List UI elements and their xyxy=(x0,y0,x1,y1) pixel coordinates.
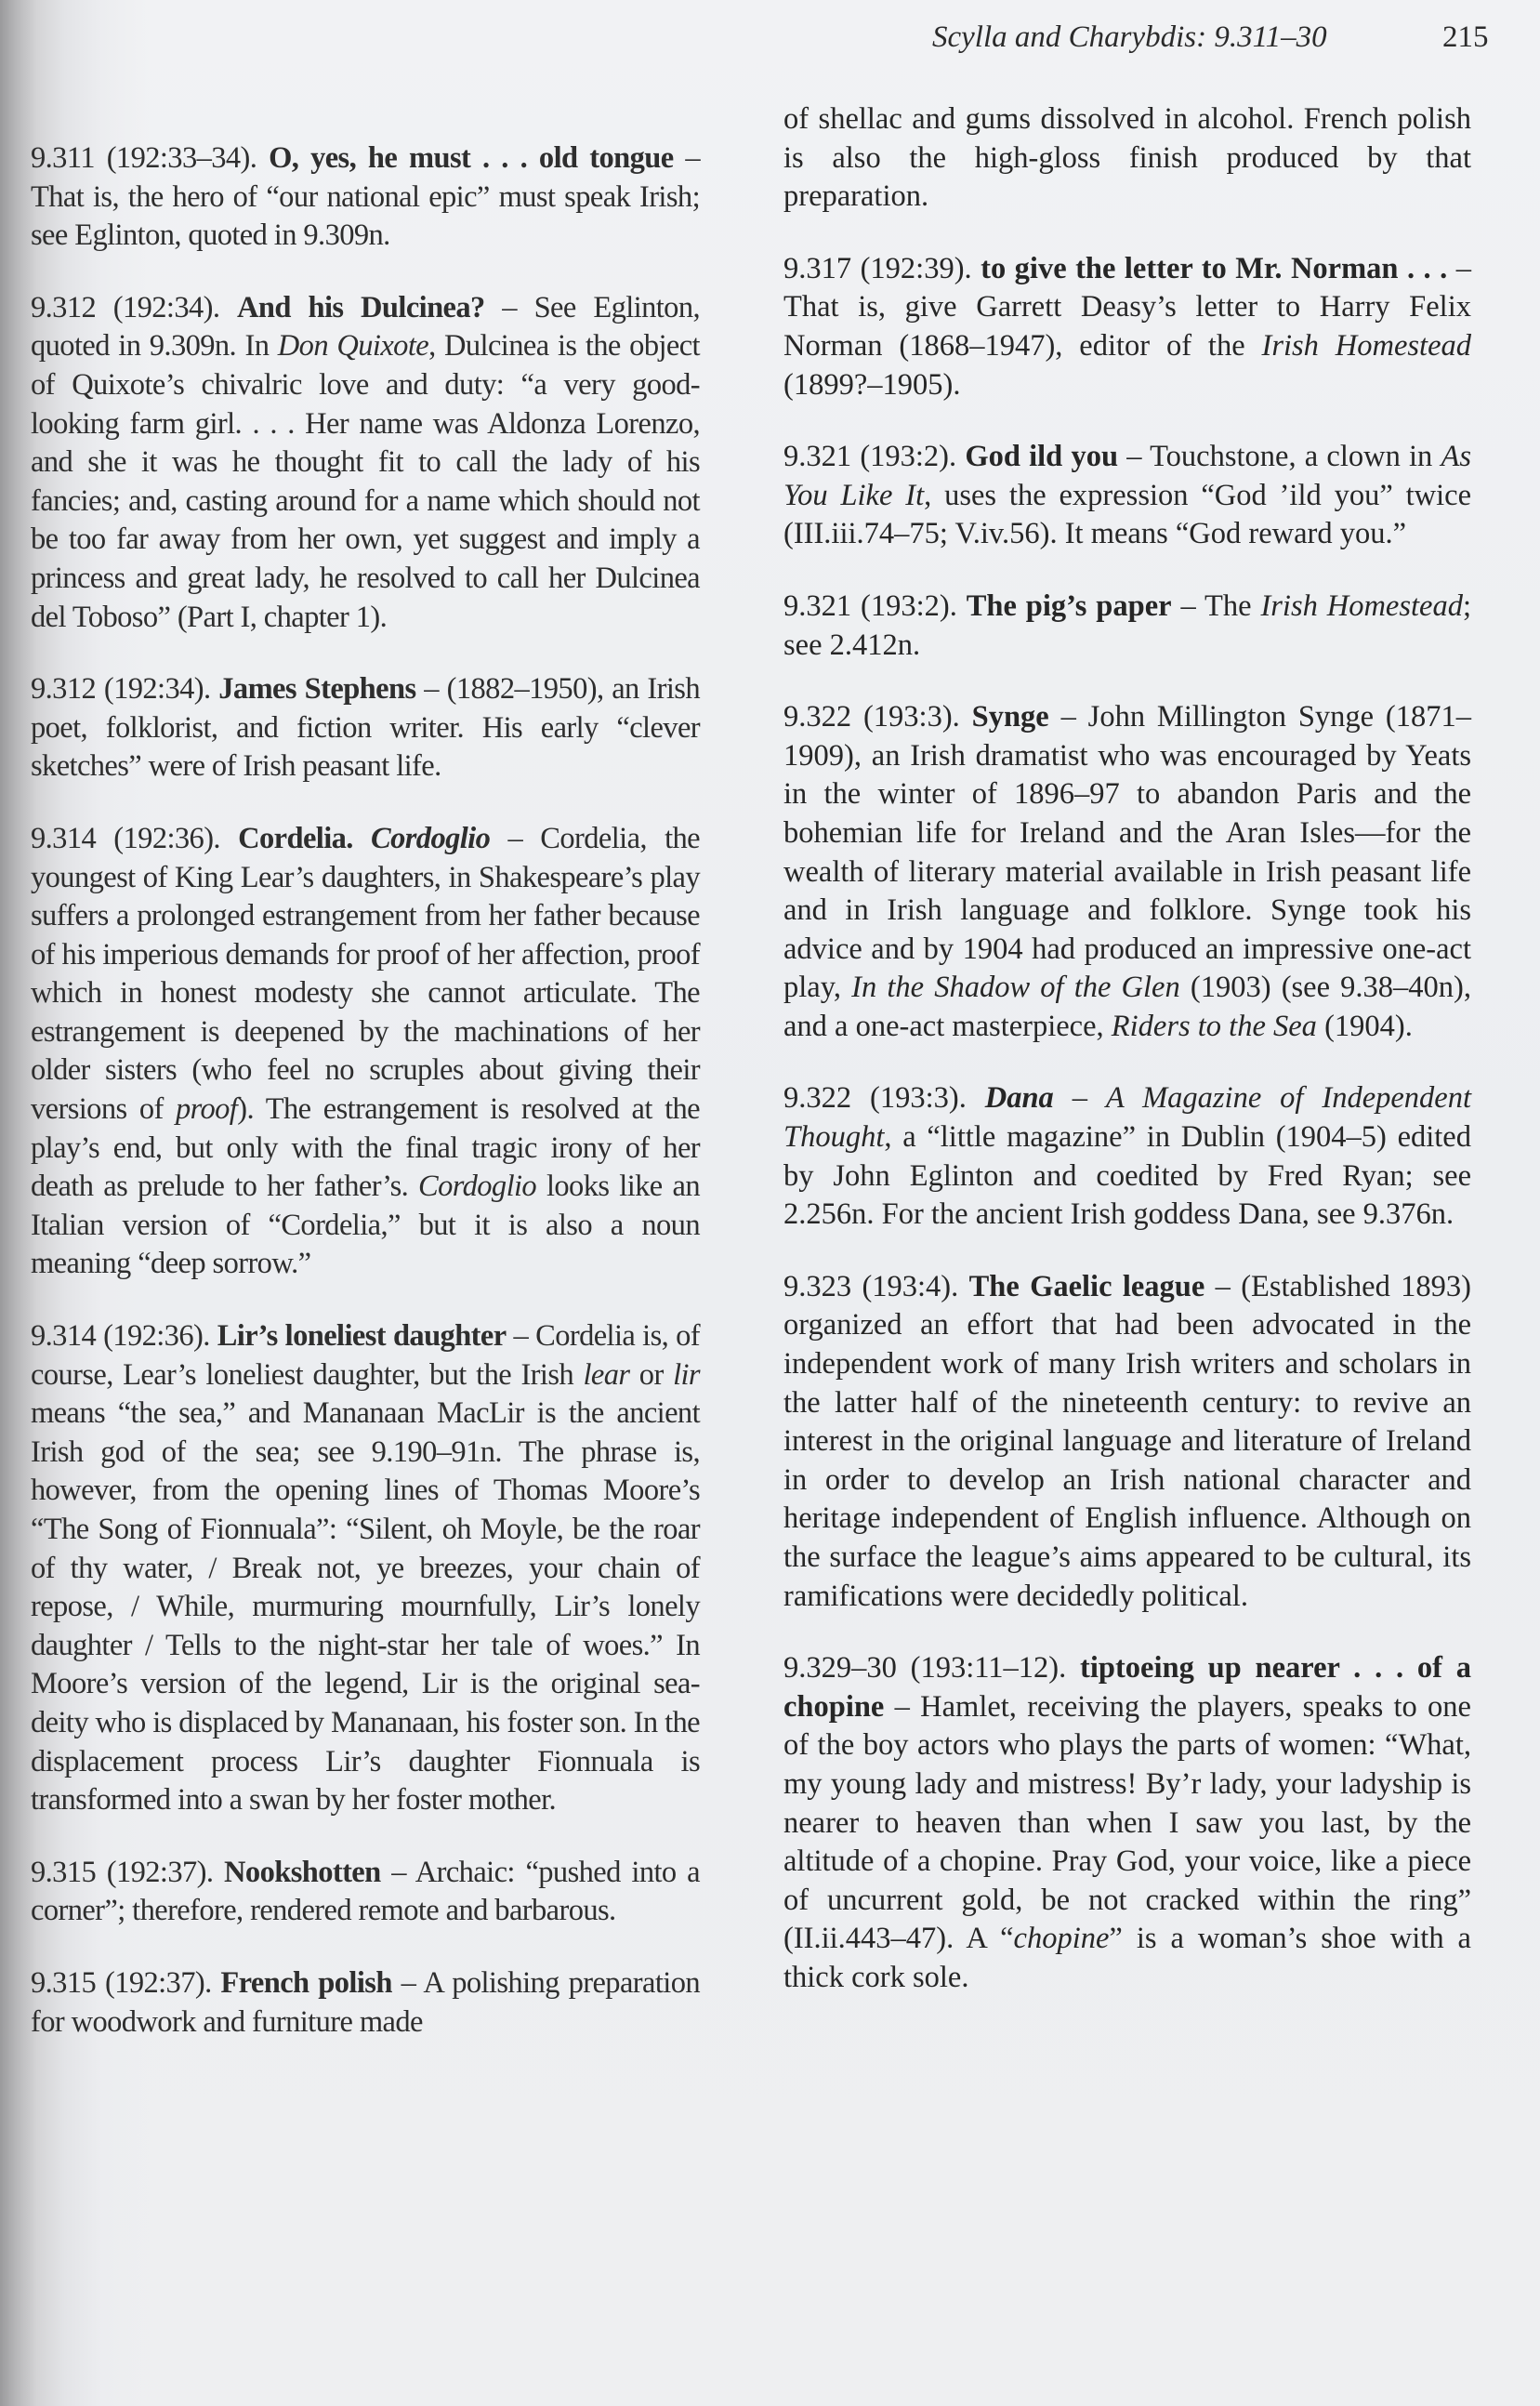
annotation-entry: 9.321 (193:2). God ild you – Touchstone,… xyxy=(783,438,1471,554)
line-reference: 9.329–30 (193:11–12). xyxy=(783,1651,1080,1685)
annotation-lemma: French polish xyxy=(220,1966,391,2000)
annotation-text: of shellac and gums dissolved in alcohol… xyxy=(783,102,1471,213)
annotation-lemma: Riders to the Sea xyxy=(1112,1010,1317,1043)
annotation-lemma: proof xyxy=(176,1092,237,1126)
running-title: Scylla and Charybdis: 9.311–30 xyxy=(932,20,1327,55)
annotation-entry: of shellac and gums dissolved in alcohol… xyxy=(783,100,1471,217)
annotation-entry: 9.322 (193:3). Synge – John Millington S… xyxy=(783,698,1471,1046)
running-head: Scylla and Charybdis: 9.311–30 215 xyxy=(0,20,1540,67)
line-reference: 9.322 (193:3). xyxy=(783,700,972,734)
annotation-text: – John Millington Synge (1871–1909), an … xyxy=(783,700,1471,1004)
page-number: 215 xyxy=(1442,20,1489,55)
annotation-entry: 9.315 (192:37). French polish – A polish… xyxy=(31,1964,700,2042)
annotation-entry: 9.314 (192:36). Lir’s loneliest daughter… xyxy=(31,1317,700,1820)
annotation-text: (1904). xyxy=(1317,1010,1413,1043)
line-reference: 9.323 (193:4). xyxy=(783,1270,969,1303)
annotation-lemma: Cordelia. xyxy=(238,822,371,855)
annotation-text: means “the sea,” and Mananaan MacLir is … xyxy=(31,1396,700,1817)
line-reference: 9.317 (192:39). xyxy=(783,252,981,285)
annotation-lemma: The Gaelic league xyxy=(969,1270,1205,1303)
annotation-entry: 9.314 (192:36). Cordelia. Cordoglio – Co… xyxy=(31,820,700,1284)
line-reference: 9.315 (192:37). xyxy=(31,1856,224,1889)
annotation-text: – xyxy=(1054,1081,1106,1115)
annotation-text: or xyxy=(629,1358,673,1392)
line-reference: 9.315 (192:37). xyxy=(31,1966,220,2000)
line-reference: 9.314 (192:36). xyxy=(31,1319,217,1353)
annotation-entry: 9.321 (193:2). The pig’s paper – The Iri… xyxy=(783,588,1471,665)
annotation-lemma: Dana xyxy=(985,1081,1054,1115)
annotation-lemma: And his Dulcinea? xyxy=(237,291,485,324)
annotation-entry: 9.317 (192:39). to give the letter to Mr… xyxy=(783,250,1471,404)
annotation-text: , a “little magazine” in Dublin (1904–5)… xyxy=(783,1120,1471,1231)
annotation-entry: 9.329–30 (193:11–12). tiptoeing up neare… xyxy=(783,1649,1471,1997)
annotation-lemma: to give the letter to Mr. Norman . . . xyxy=(981,252,1447,285)
annotation-text: – Cordelia, the youngest of King Lear’s … xyxy=(31,822,700,1126)
annotation-lemma: Lir’s loneliest daughter xyxy=(217,1319,507,1353)
annotation-lemma: lear xyxy=(583,1358,629,1392)
line-reference: 9.321 (193:2). xyxy=(783,440,965,473)
annotation-entry: 9.322 (193:3). Dana – A Magazine of Inde… xyxy=(783,1079,1471,1234)
annotation-entry: 9.312 (192:34). James Stephens – (1882–1… xyxy=(31,670,700,787)
left-column: 9.311 (192:33–34). O, yes, he must . . .… xyxy=(31,139,700,2075)
annotation-lemma: Synge xyxy=(972,700,1049,734)
line-reference: 9.322 (193:3). xyxy=(783,1081,985,1115)
annotation-lemma: Nookshotten xyxy=(224,1856,381,1889)
annotation-lemma: In the Shadow of the Glen xyxy=(851,971,1180,1004)
right-column: of shellac and gums dissolved in alcohol… xyxy=(783,100,1471,2031)
annotation-text: – The xyxy=(1172,589,1261,623)
line-reference: 9.311 (192:33–34). xyxy=(31,141,269,175)
annotation-lemma: Irish Homestead xyxy=(1260,589,1463,623)
annotation-text: , Dulcinea is the object of Quixote’s ch… xyxy=(31,329,700,633)
annotation-entry: 9.315 (192:37). Nookshotten – Archaic: “… xyxy=(31,1854,700,1931)
line-reference: 9.312 (192:34). xyxy=(31,291,237,324)
annotation-lemma: Cordoglio xyxy=(418,1170,536,1203)
line-reference: 9.321 (193:2). xyxy=(783,589,967,623)
annotation-entry: 9.323 (193:4). The Gaelic league – (Esta… xyxy=(783,1268,1471,1616)
annotation-lemma: Don Quixote xyxy=(278,329,428,363)
annotation-text: – (Established 1893) organized an effort… xyxy=(783,1270,1471,1613)
annotation-lemma: James Stephens xyxy=(218,672,415,706)
line-reference: 9.314 (192:36). xyxy=(31,822,238,855)
annotation-entry: 9.311 (192:33–34). O, yes, he must . . .… xyxy=(31,139,700,256)
annotation-entry: 9.312 (192:34). And his Dulcinea? – See … xyxy=(31,289,700,637)
book-page: Scylla and Charybdis: 9.311–30 215 9.311… xyxy=(0,0,1540,2406)
annotation-text: – Touchstone, a clown in xyxy=(1118,440,1441,473)
line-reference: 9.312 (192:34). xyxy=(31,672,218,706)
annotation-lemma: The pig’s paper xyxy=(967,589,1172,623)
annotation-text: – Hamlet, receiving the players, speaks … xyxy=(783,1690,1471,1956)
annotation-lemma: Cordoglio xyxy=(371,822,490,855)
annotation-lemma: chopine xyxy=(1014,1922,1110,1955)
annotation-lemma: God ild you xyxy=(965,440,1118,473)
annotation-lemma: lir xyxy=(673,1358,700,1392)
annotation-lemma: O, yes, he must . . . old tongue xyxy=(269,141,673,175)
annotation-lemma: Irish Homestead xyxy=(1262,329,1472,363)
annotation-text: (1899?–1905). xyxy=(783,368,960,402)
